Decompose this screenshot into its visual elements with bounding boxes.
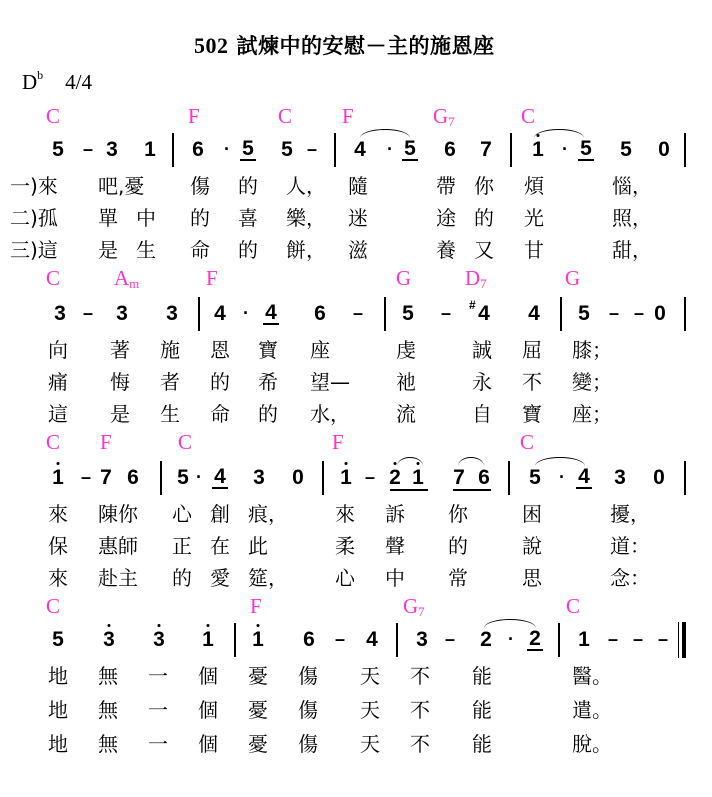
lyric-syllable: 惱， bbox=[612, 174, 652, 198]
bar-line bbox=[334, 133, 336, 167]
chord-subscript: m bbox=[129, 276, 139, 291]
note: 5 bbox=[240, 138, 256, 161]
lyric-syllable: 希 bbox=[258, 370, 278, 394]
lyric-syllable: 筵， bbox=[248, 566, 288, 590]
lyric-syllable: 的 bbox=[474, 206, 494, 230]
dot-augmentation: · bbox=[554, 467, 570, 488]
slur-tie bbox=[484, 619, 536, 628]
note: 5 bbox=[279, 138, 295, 162]
key-name: D bbox=[22, 70, 37, 94]
slur-tie bbox=[534, 129, 584, 138]
slur-tie bbox=[397, 457, 423, 466]
chord-symbol: C bbox=[278, 104, 292, 129]
octave-dot-above bbox=[108, 624, 111, 627]
note: 1 bbox=[530, 138, 546, 162]
lyric-syllable: 此 bbox=[248, 534, 268, 558]
bar-line bbox=[560, 297, 562, 331]
note: 1 bbox=[576, 628, 592, 652]
note-number: 5 bbox=[529, 466, 541, 489]
bar-line bbox=[558, 623, 560, 657]
lyric-syllable: 無 bbox=[98, 698, 118, 722]
lyric-syllable: 養 bbox=[436, 238, 456, 262]
lyric-syllable: 無 bbox=[98, 732, 118, 756]
lyric-syllable: 憂 bbox=[248, 664, 268, 688]
note: 6 bbox=[476, 466, 492, 490]
lyric-syllable: 煩 bbox=[524, 174, 544, 198]
lyric-syllable: 的 bbox=[258, 402, 278, 426]
slur-tie bbox=[360, 129, 410, 138]
lyric-syllable: 是 bbox=[110, 402, 130, 426]
dot-augmentation: · bbox=[238, 303, 254, 324]
note-number: 3 bbox=[614, 466, 626, 489]
note: 4 bbox=[212, 466, 228, 489]
lyric-syllable: 二)孤 bbox=[10, 206, 58, 230]
note: 5 bbox=[576, 302, 592, 326]
lyric-syllable: 能 bbox=[472, 732, 492, 756]
lyric-syllable: 不 bbox=[410, 664, 430, 688]
chord-symbol: F bbox=[332, 430, 344, 455]
bar-line bbox=[684, 297, 686, 331]
hymn-title-text: 試煉中的安慰－主的施恩座 bbox=[237, 34, 495, 58]
note-number: 1 bbox=[52, 466, 64, 489]
lyric-syllable: 帶 bbox=[436, 174, 456, 198]
note-number: 1 bbox=[340, 466, 352, 489]
lyric-syllable: 能 bbox=[472, 698, 492, 722]
lyric-syllable: 脫。 bbox=[572, 732, 612, 756]
lyric-syllable: 個 bbox=[198, 698, 218, 722]
lyric-syllable: 者 bbox=[160, 370, 180, 394]
note-number: 6 bbox=[314, 302, 326, 325]
lyric-syllable: 傷 bbox=[298, 698, 318, 722]
note-number: 3 bbox=[166, 302, 178, 325]
lyric-syllable: 中 bbox=[385, 566, 405, 590]
note-number: 3 bbox=[153, 628, 165, 651]
lyric-syllable: 向 bbox=[48, 338, 68, 362]
note-number: 6 bbox=[444, 138, 456, 161]
dash-extension: – bbox=[362, 467, 378, 488]
note: 5 bbox=[400, 302, 416, 326]
chord-symbol: F bbox=[250, 594, 262, 619]
note-number: 6 bbox=[478, 466, 490, 489]
note: 0 bbox=[290, 466, 306, 490]
dash-extension: – bbox=[80, 303, 96, 324]
chord-symbol: G7 bbox=[433, 104, 455, 130]
lyric-syllable: 在 bbox=[210, 534, 230, 558]
lyric-syllable: 一 bbox=[148, 698, 168, 722]
lyric-syllable: 虔 bbox=[396, 338, 416, 362]
chord-symbol: C bbox=[566, 594, 580, 619]
note: 1 bbox=[338, 466, 354, 490]
lyric-syllable: 痛 bbox=[48, 370, 68, 394]
note: 1 bbox=[410, 466, 426, 490]
lyric-syllable: 滋 bbox=[348, 238, 368, 262]
lyric-syllable: 的 bbox=[448, 534, 468, 558]
chord-symbol: C bbox=[46, 430, 60, 455]
lyric-syllable: 隨 bbox=[348, 174, 368, 198]
note: 0 bbox=[656, 138, 672, 162]
lyric-syllable: 地 bbox=[48, 664, 68, 688]
chord-symbol: G7 bbox=[403, 594, 425, 620]
note-number: 2 bbox=[480, 628, 492, 651]
dash-extension: – bbox=[606, 303, 622, 324]
note-number: 4 bbox=[528, 302, 540, 325]
note-number: 3 bbox=[416, 628, 428, 651]
note-number: 2 bbox=[529, 627, 541, 650]
lyric-syllable: 傷 bbox=[190, 174, 210, 198]
dash-extension: – bbox=[78, 467, 94, 488]
thin-bar-line bbox=[678, 622, 679, 658]
bar-line bbox=[160, 461, 162, 495]
note-number: 4 bbox=[366, 628, 378, 651]
lyric-syllable: 思 bbox=[522, 566, 542, 590]
key-signature: Db4/4 bbox=[22, 70, 92, 95]
note-number: 3 bbox=[116, 302, 128, 325]
note-number: 4 bbox=[214, 302, 226, 325]
note-number: 1 bbox=[202, 628, 214, 651]
note-number: 0 bbox=[292, 466, 304, 489]
bar-line bbox=[322, 461, 324, 495]
lyric-syllable: 創 bbox=[210, 502, 230, 526]
lyric-syllable: 擾， bbox=[610, 502, 650, 526]
dot-augmentation: · bbox=[557, 139, 573, 160]
lyric-syllable: 你 bbox=[474, 174, 494, 198]
lyric-syllable: 甜， bbox=[612, 238, 652, 262]
lyric-syllable: 念： bbox=[610, 566, 650, 590]
lyric-syllable: 傷 bbox=[298, 732, 318, 756]
lyric-syllable: 變； bbox=[572, 370, 612, 394]
note: 3 bbox=[101, 628, 117, 652]
note: 4 bbox=[352, 138, 368, 162]
lyric-syllable: 座 bbox=[310, 338, 330, 362]
note-number: 1 bbox=[532, 138, 544, 161]
bar-line bbox=[384, 297, 386, 331]
note: 5 bbox=[50, 138, 66, 162]
note: 5 bbox=[175, 466, 191, 490]
chord-subscript: 7 bbox=[418, 604, 425, 619]
lyric-syllable: 的 bbox=[190, 206, 210, 230]
chord-symbol: F bbox=[342, 104, 354, 129]
bar-line bbox=[684, 461, 686, 495]
octave-dot-above bbox=[345, 462, 348, 465]
lyric-syllable: 柔 bbox=[335, 534, 355, 558]
hymn-number: 502 bbox=[194, 33, 229, 58]
note: 3 bbox=[52, 302, 68, 326]
note: 2 bbox=[527, 628, 543, 651]
lyric-syllable: 中 bbox=[136, 206, 156, 230]
note: 5 bbox=[578, 138, 594, 161]
note-number: 4 bbox=[478, 302, 490, 325]
lyric-syllable: 說 bbox=[522, 534, 542, 558]
dot-augmentation: · bbox=[219, 139, 235, 160]
octave-dot-above bbox=[207, 624, 210, 627]
lyric-syllable: 聲 bbox=[385, 534, 405, 558]
lyric-syllable: 生 bbox=[136, 238, 156, 262]
lyric-syllable: 一 bbox=[148, 664, 168, 688]
note-number: 0 bbox=[654, 302, 666, 325]
lyric-syllable: 你 bbox=[448, 502, 468, 526]
lyric-syllable: 膝； bbox=[572, 338, 612, 362]
lyric-syllable: 途 bbox=[436, 206, 456, 230]
note-number: 5 bbox=[281, 138, 293, 161]
dash-extension: – bbox=[631, 303, 647, 324]
lyric-syllable: 正 bbox=[172, 534, 192, 558]
note: 6 bbox=[125, 466, 141, 490]
note: 4 bbox=[576, 466, 592, 489]
note: 5 bbox=[402, 138, 418, 161]
note-number: 5 bbox=[580, 137, 592, 160]
dash-extension: – bbox=[438, 303, 454, 324]
note-number: 5 bbox=[620, 138, 632, 161]
lyric-syllable: 悔 bbox=[110, 370, 130, 394]
lyric-syllable: 不 bbox=[410, 698, 430, 722]
note-number: 2 bbox=[389, 466, 401, 489]
lyric-syllable: 樂， bbox=[286, 206, 326, 230]
lyric-syllable: 迷 bbox=[348, 206, 368, 230]
lyric-syllable: 的 bbox=[172, 566, 192, 590]
lyric-syllable: 不 bbox=[522, 370, 542, 394]
lyric-syllable: 望— bbox=[310, 370, 350, 394]
lyric-syllable: 的 bbox=[238, 174, 258, 198]
lyric-syllable: 傷 bbox=[298, 664, 318, 688]
lyric-syllable: 憂 bbox=[248, 698, 268, 722]
dot-augmentation: · bbox=[191, 467, 207, 488]
lyric-syllable: 醫。 bbox=[572, 664, 612, 688]
note: 3 bbox=[114, 302, 130, 326]
note: 5 bbox=[527, 466, 543, 490]
note-number: 3 bbox=[54, 302, 66, 325]
note: 1 bbox=[50, 466, 66, 490]
note: 3 bbox=[104, 138, 120, 162]
note-number: 7 bbox=[453, 466, 465, 489]
dot-augmentation: · bbox=[382, 139, 398, 160]
lyric-syllable: 命 bbox=[190, 238, 210, 262]
dash-extension: – bbox=[655, 629, 671, 650]
note: 6 bbox=[442, 138, 458, 162]
chord-symbol: D7 bbox=[465, 266, 487, 292]
lyric-syllable: 寶 bbox=[522, 402, 542, 426]
slur-tie bbox=[535, 457, 585, 466]
lyric-syllable: 保 bbox=[48, 534, 68, 558]
lyric-syllable: 來 bbox=[48, 566, 68, 590]
bar-line bbox=[396, 623, 398, 657]
note-number: 5 bbox=[242, 137, 254, 160]
lyric-syllable: 訴 bbox=[385, 502, 405, 526]
note: 7 bbox=[478, 138, 494, 162]
note-number: 3 bbox=[103, 628, 115, 651]
lyric-syllable: 這 bbox=[48, 402, 68, 426]
note-number: 6 bbox=[127, 466, 139, 489]
note-number: 4 bbox=[578, 465, 590, 488]
chord-symbol: C bbox=[46, 104, 60, 129]
lyric-syllable: 個 bbox=[198, 664, 218, 688]
note-number: 1 bbox=[412, 466, 424, 489]
chord-symbol: G bbox=[396, 266, 411, 291]
note-number: 4 bbox=[265, 301, 277, 324]
thick-bar-line bbox=[682, 622, 686, 658]
sharp-icon: # bbox=[469, 293, 476, 317]
note: 4# bbox=[476, 302, 492, 326]
bar-line bbox=[510, 133, 512, 167]
note-number: 6 bbox=[192, 138, 204, 161]
note-number: 4 bbox=[214, 465, 226, 488]
note: 6 bbox=[301, 628, 317, 652]
lyric-syllable: 屈 bbox=[522, 338, 542, 362]
lyric-syllable: 施 bbox=[160, 338, 180, 362]
lyric-syllable: 餅， bbox=[286, 238, 326, 262]
beam-underline bbox=[390, 489, 428, 491]
note: 4 bbox=[364, 628, 380, 652]
chord-symbol: G bbox=[565, 266, 580, 291]
note: 3 bbox=[164, 302, 180, 326]
note: 6 bbox=[312, 302, 328, 326]
note: 4 bbox=[212, 302, 228, 326]
hymn-title: 502試煉中的安慰－主的施恩座 bbox=[194, 30, 495, 60]
note-number: 1 bbox=[144, 138, 156, 161]
chord-symbol: C bbox=[521, 104, 535, 129]
lyric-syllable: 陳你 bbox=[98, 502, 138, 526]
octave-dot-above bbox=[158, 624, 161, 627]
lyric-syllable: 甘 bbox=[524, 238, 544, 262]
lyric-syllable: 又 bbox=[474, 238, 494, 262]
note-number: 7 bbox=[480, 138, 492, 161]
note-number: 1 bbox=[578, 628, 590, 651]
dot-augmentation: · bbox=[503, 629, 519, 650]
lyric-syllable: 恩 bbox=[210, 338, 230, 362]
lyric-syllable: 能 bbox=[472, 664, 492, 688]
slur-tie bbox=[458, 457, 484, 466]
note: 5 bbox=[50, 628, 66, 652]
lyric-syllable: 地 bbox=[48, 732, 68, 756]
note-number: 1 bbox=[252, 628, 264, 651]
lyric-syllable: 三)這 bbox=[10, 238, 58, 262]
lyric-syllable: 不 bbox=[410, 732, 430, 756]
lyric-syllable: 憂 bbox=[248, 732, 268, 756]
lyric-syllable: 人， bbox=[286, 174, 326, 198]
lyric-syllable: 地 bbox=[48, 698, 68, 722]
lyric-syllable: 一)來 bbox=[10, 174, 58, 198]
lyric-syllable: 照， bbox=[612, 206, 652, 230]
note-number: 7 bbox=[100, 466, 112, 489]
note: 0 bbox=[652, 302, 668, 326]
chord-symbol: F bbox=[100, 430, 112, 455]
key-flat: b bbox=[37, 68, 43, 82]
chord-symbol: F bbox=[188, 104, 200, 129]
note: 4 bbox=[526, 302, 542, 326]
lyric-syllable: 祂 bbox=[396, 370, 416, 394]
lyric-syllable: 著 bbox=[110, 338, 130, 362]
lyric-syllable: 心 bbox=[172, 502, 192, 526]
lyric-syllable: 天 bbox=[360, 698, 380, 722]
lyric-syllable: 天 bbox=[360, 732, 380, 756]
lyric-syllable: 是 bbox=[98, 238, 118, 262]
note-number: 5 bbox=[578, 302, 590, 325]
bar-line bbox=[198, 297, 200, 331]
lyric-syllable: 命 bbox=[210, 402, 230, 426]
dash-extension: – bbox=[350, 303, 366, 324]
note: 1 bbox=[200, 628, 216, 652]
note-number: 0 bbox=[658, 138, 670, 161]
lyric-syllable: 痕， bbox=[248, 502, 288, 526]
lyric-syllable: 一 bbox=[148, 732, 168, 756]
lyric-syllable: 天 bbox=[360, 664, 380, 688]
dash-extension: – bbox=[304, 139, 320, 160]
dash-extension: – bbox=[332, 629, 348, 650]
lyric-syllable: 的 bbox=[210, 370, 230, 394]
lyric-syllable: 遣。 bbox=[572, 698, 612, 722]
chord-symbol: C bbox=[178, 430, 192, 455]
lyric-syllable: 來 bbox=[48, 502, 68, 526]
note-number: 5 bbox=[177, 466, 189, 489]
note: 3 bbox=[251, 466, 267, 490]
lyric-syllable: 寶 bbox=[258, 338, 278, 362]
lyric-syllable: 來 bbox=[335, 502, 355, 526]
lyric-syllable: 無 bbox=[98, 664, 118, 688]
note: 7 bbox=[451, 466, 467, 490]
time-signature: 4/4 bbox=[65, 70, 92, 94]
chord-symbol: C bbox=[46, 594, 60, 619]
note: 5 bbox=[618, 138, 634, 162]
final-double-bar bbox=[678, 622, 688, 658]
octave-dot-above bbox=[57, 462, 60, 465]
octave-dot-above bbox=[257, 624, 260, 627]
lyric-syllable: 吧,憂 bbox=[98, 174, 144, 198]
bar-line bbox=[684, 133, 686, 167]
lyric-syllable: 自 bbox=[472, 402, 492, 426]
lyric-syllable: 誠 bbox=[472, 338, 492, 362]
lyric-syllable: 惠師 bbox=[98, 534, 138, 558]
lyric-syllable: 永 bbox=[472, 370, 492, 394]
note-number: 3 bbox=[106, 138, 118, 161]
note-number: 5 bbox=[404, 137, 416, 160]
lyric-syllable: 流 bbox=[396, 402, 416, 426]
note: 2 bbox=[387, 466, 403, 490]
note: 6 bbox=[190, 138, 206, 162]
chord-symbol: C bbox=[520, 430, 534, 455]
chord-symbol: F bbox=[206, 266, 218, 291]
note: 1 bbox=[142, 138, 158, 162]
lyric-syllable: 光 bbox=[524, 206, 544, 230]
lyric-syllable: 心 bbox=[335, 566, 355, 590]
lyric-syllable: 常 bbox=[448, 566, 468, 590]
lyric-syllable: 生 bbox=[160, 402, 180, 426]
note: 3 bbox=[414, 628, 430, 652]
note-number: 0 bbox=[653, 466, 665, 489]
lyric-syllable: 喜 bbox=[238, 206, 258, 230]
note: 7 bbox=[98, 466, 114, 490]
bar-line bbox=[172, 133, 174, 167]
chord-subscript: 7 bbox=[480, 276, 487, 291]
lyric-syllable: 困 bbox=[522, 502, 542, 526]
lyric-syllable: 水， bbox=[310, 402, 350, 426]
note: 3 bbox=[612, 466, 628, 490]
bar-line bbox=[508, 461, 510, 495]
lyric-syllable: 個 bbox=[198, 732, 218, 756]
dash-extension: – bbox=[630, 629, 646, 650]
dash-extension: – bbox=[605, 629, 621, 650]
bar-line bbox=[234, 623, 236, 657]
dash-extension: – bbox=[80, 139, 96, 160]
dash-extension: – bbox=[442, 629, 458, 650]
note: 2 bbox=[478, 628, 494, 652]
note-number: 4 bbox=[354, 138, 366, 161]
note: 4 bbox=[263, 302, 279, 325]
note-number: 5 bbox=[52, 628, 64, 651]
note-number: 3 bbox=[253, 466, 265, 489]
lyric-syllable: 赴主 bbox=[98, 566, 138, 590]
chord-subscript: 7 bbox=[448, 114, 455, 129]
note: 0 bbox=[651, 466, 667, 490]
note: 1 bbox=[250, 628, 266, 652]
